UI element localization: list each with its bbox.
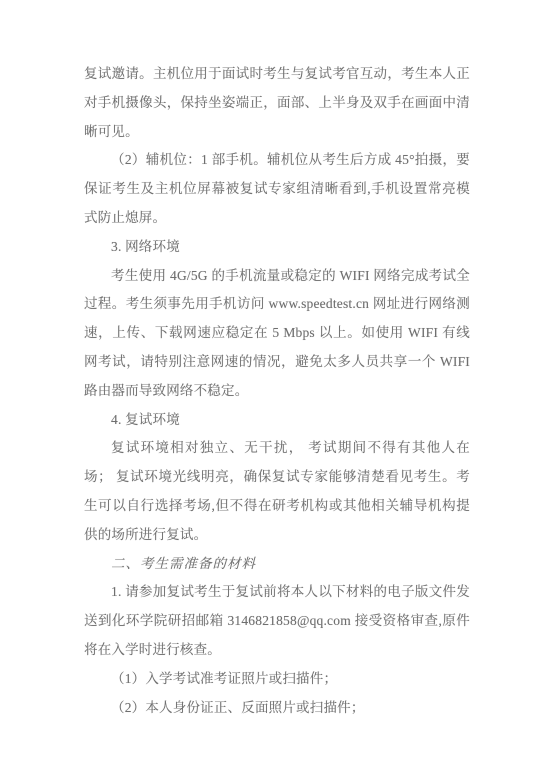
paragraph: （2）本人身份证正、反面照片或扫描件； [84, 694, 470, 723]
paragraph: 3. 网络环境 [84, 233, 470, 262]
paragraph: 1. 请参加复试考生于复试前将本人以下材料的电子版文件发送到化环学院研招邮箱 3… [84, 578, 470, 664]
paragraph: 复试邀请。主机位用于面试时考生与复试考官互动，考生本人正对手机摄像头，保持坐姿端… [84, 60, 470, 146]
paragraph: 复试环境相对独立、无干扰， 考试期间不得有其他人在场； 复试环境光线明亮，确保复… [84, 434, 470, 549]
paragraph: （2）辅机位：1 部手机。辅机位从考生后方成 45°拍摄，要保证考生及主机位屏幕… [84, 146, 470, 232]
document-body: 复试邀请。主机位用于面试时考生与复试考官互动，考生本人正对手机摄像头，保持坐姿端… [84, 60, 470, 722]
paragraph: 考生使用 4G/5G 的手机流量或稳定的 WIFI 网络完成考试全过程。考生须事… [84, 262, 470, 406]
paragraph: （1）入学考试准考证照片或扫描件； [84, 665, 470, 694]
document-page: 复试邀请。主机位用于面试时考生与复试考官互动，考生本人正对手机摄像头，保持坐姿端… [0, 0, 543, 768]
section-heading: 二、考生需准备的材料 [84, 550, 470, 579]
paragraph: 4. 复试环境 [84, 406, 470, 435]
